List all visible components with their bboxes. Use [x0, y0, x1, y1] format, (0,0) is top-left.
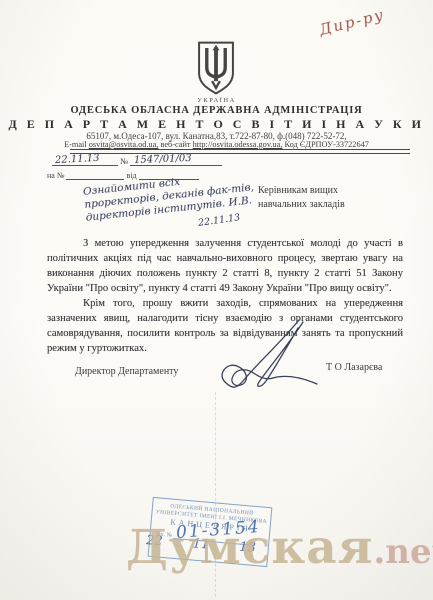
watermark-main-text: Думская	[126, 520, 373, 575]
header-country: УКРАЇНА	[0, 97, 433, 104]
handwritten-date: 22.11.13	[52, 153, 100, 166]
email-label: E-mail	[64, 140, 87, 149]
ukraine-trident-emblem-icon	[196, 40, 236, 101]
header-department: Д Е П А Р Т А М Е Н Т О С В І Т И І Н А …	[0, 117, 433, 132]
handwritten-outgoing-number: 1547/01/03	[130, 153, 192, 166]
date-blank: 22.11.13	[52, 154, 118, 166]
signer-name: Т О Лазарєва	[326, 362, 382, 373]
header-organization: ОДЕСЬКА ОБЛАСНА ДЕРЖАВНА АДМІНІСТРАЦІЯ	[0, 105, 433, 116]
signer-position-title: Директор Департаменту	[75, 366, 178, 377]
reference-line: 22.11.13 № 1547/01/03	[52, 154, 222, 166]
na-no-label: на №	[47, 171, 64, 180]
addressee-block: Керівникам вищих навчальних закладів	[258, 184, 393, 211]
scanned-letter-page: Дир-ру УКРАЇНА ОДЕСЬКА ОБЛАСНА ДЕРЖАВНА …	[0, 0, 433, 600]
red-handwritten-annotation: Дир-ру	[317, 0, 428, 39]
na-no-blank	[66, 168, 124, 180]
dumskaya-watermark: Думская.net	[126, 520, 433, 575]
website-value: http://osvita.odessa.gov.ua,	[193, 140, 283, 149]
handwritten-signature	[203, 318, 321, 397]
addressee-line2: навчальних закладів	[258, 198, 393, 212]
number-sign-label: №	[120, 156, 128, 166]
header-contact-line: E-mail osvita@osvita.od.ua, веб-сайт htt…	[0, 140, 433, 149]
body-paragraph-1: З метою упередження залучення студентськ…	[47, 236, 403, 296]
resolution-date: 22.11.13	[197, 212, 240, 229]
email-value: osvita@osvita.od.ua,	[89, 140, 159, 149]
addressee-line1: Керівникам вищих	[258, 184, 393, 198]
vid-label: від	[126, 171, 136, 180]
web-label: веб-сайт	[160, 140, 190, 149]
number-blank: 1547/01/03	[130, 154, 222, 166]
edrpou-code: Код ЄДРПОУ-33722647	[284, 140, 368, 149]
watermark-suffix-text: .net	[373, 532, 433, 572]
